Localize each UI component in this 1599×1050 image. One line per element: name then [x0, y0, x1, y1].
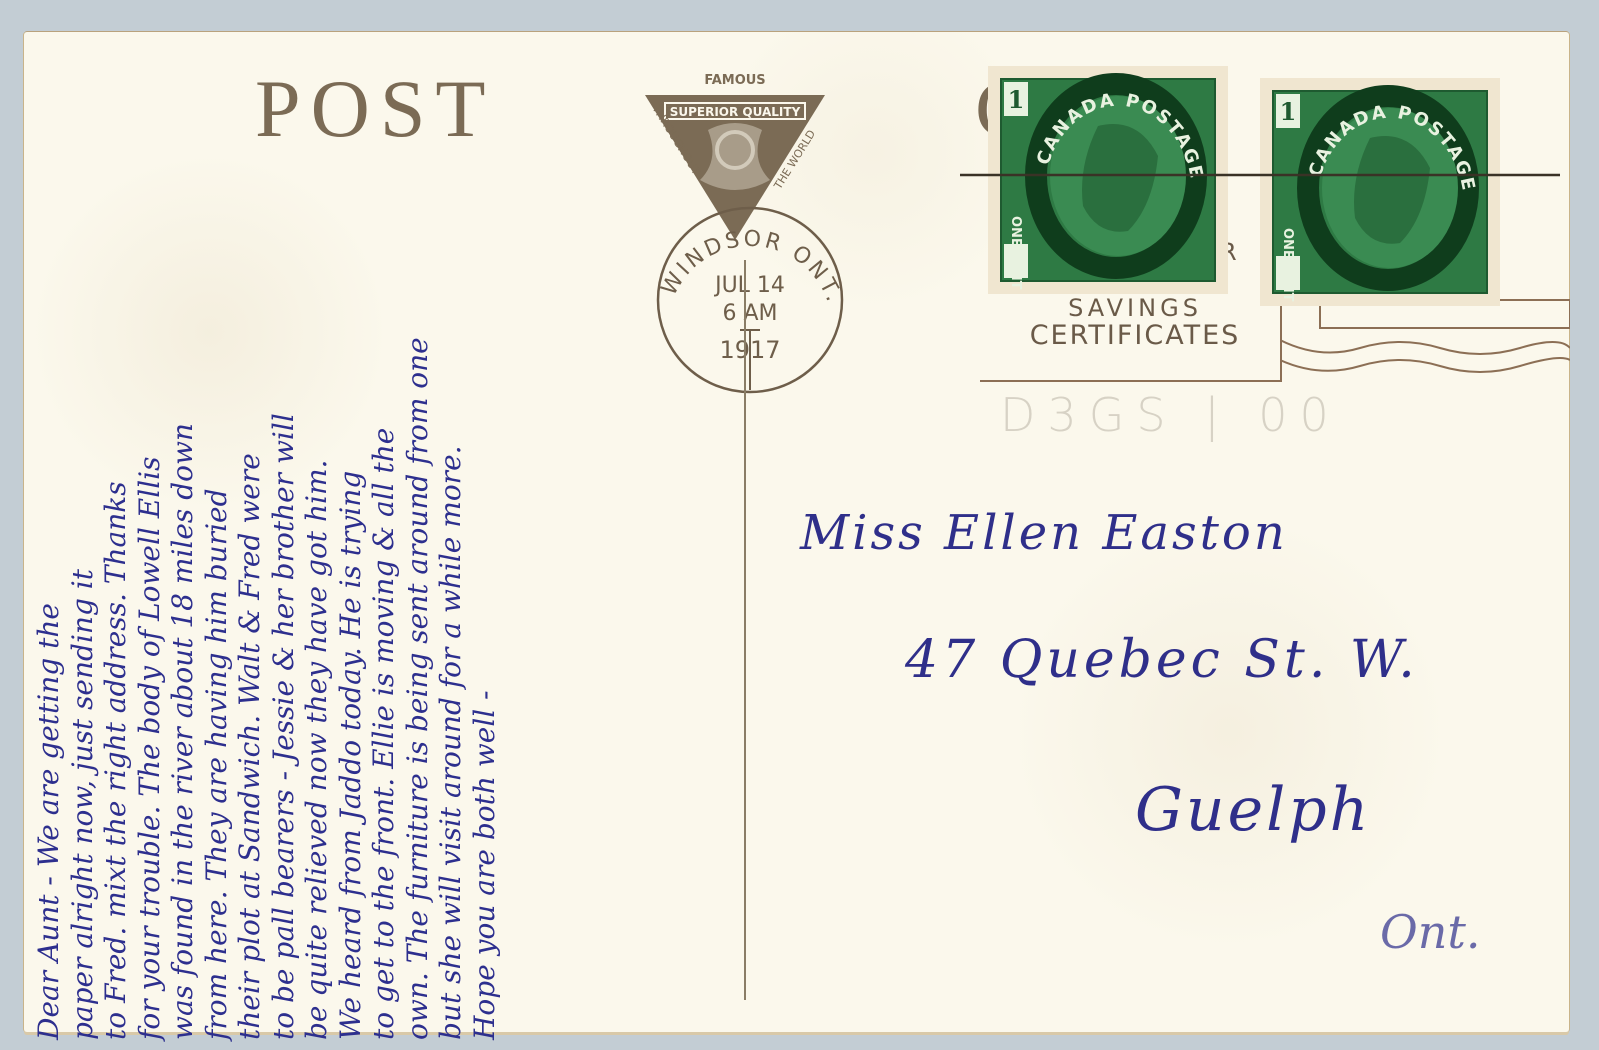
- slogan-line: SAVINGS: [1000, 294, 1270, 322]
- message-line: to be pall bearers - Jessie & her brothe…: [267, 20, 301, 1040]
- svg-text:1: 1: [1280, 97, 1297, 126]
- recipient-province: Ont.: [1380, 905, 1480, 959]
- message-line: Dear Aunt - We are getting the: [32, 20, 66, 1040]
- message-line: from here. They are having him buried: [200, 20, 234, 1040]
- message-line: Hope you are both well -: [468, 20, 502, 1040]
- message-line: We heard from Jaddo today. He is trying: [334, 20, 368, 1040]
- message-line: for your trouble. The body of Lowell Ell…: [133, 20, 167, 1040]
- recipient-city: Guelph: [1135, 775, 1371, 845]
- handwritten-message: Dear Aunt - We are getting the paper alr…: [32, 20, 792, 1040]
- message-line: paper alright now, just sending it: [66, 20, 100, 1040]
- message-line: be quite relieved now they have got him.: [300, 20, 334, 1040]
- message-line: was found in the river about 18 miles do…: [166, 20, 200, 1040]
- message-line: own. The furniture is being sent around …: [401, 20, 435, 1040]
- recipient-name: Miss Ellen Easton: [800, 505, 1288, 561]
- message-line: to Fred. mixt the right address. Thanks: [99, 20, 133, 1040]
- message-line: but she will visit around for a while mo…: [434, 20, 468, 1040]
- slogan-line: CERTIFICATES: [1000, 322, 1270, 350]
- message-line: their plot at Sandwich. Walt & Fred were: [233, 20, 267, 1040]
- message-line: to get to the front. Ellie is moving & a…: [367, 20, 401, 1040]
- svg-text:1: 1: [1008, 85, 1025, 114]
- cancel-bars: [960, 170, 1560, 230]
- recipient-street: 47 Quebec St. W.: [905, 630, 1419, 690]
- pencil-dealer-note: D3GS | 00: [1000, 388, 1341, 442]
